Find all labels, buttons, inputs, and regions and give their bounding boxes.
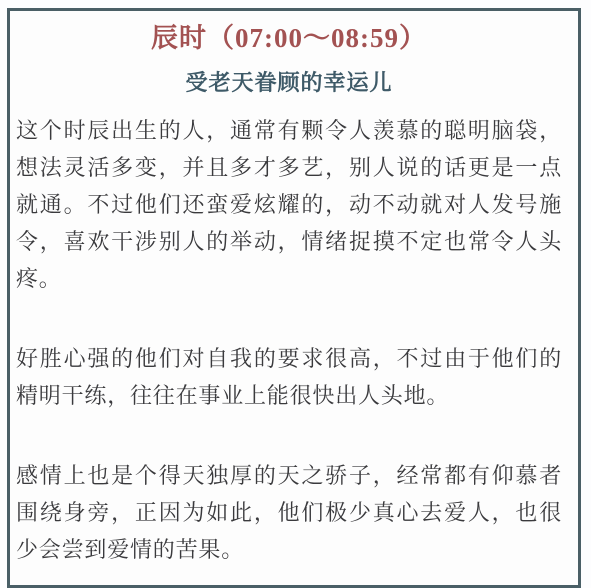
paragraph-love: 感情上也是个得天独厚的天之骄子，经常都有仰慕者围绕身旁，正因为如此，他们极少真心… xyxy=(16,457,562,551)
card-subtitle: 受老天眷顾的幸运儿 xyxy=(16,70,562,96)
fortune-card: 辰时（07:00～08:59） 受老天眷顾的幸运儿 这个时辰出生的人，通常有颗令… xyxy=(7,8,581,551)
paragraph-career: 好胜心强的他们对自我的要求很高，不过由于他们的精明干练，往往在事业上能很快出人头… xyxy=(16,340,562,414)
card-title: 辰时（07:00～08:59） xyxy=(16,25,562,52)
paragraph-personality: 这个时辰出生的人，通常有颗令人羡慕的聪明脑袋，想法灵活多变，并且多才多艺，别人说… xyxy=(16,112,562,297)
